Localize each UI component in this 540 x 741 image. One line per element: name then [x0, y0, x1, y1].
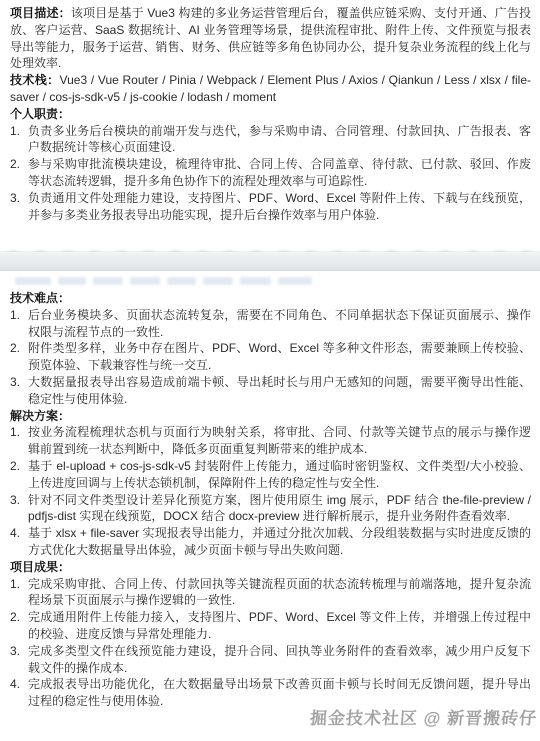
section-heading-tech-difficulties: 技术难点：	[10, 290, 531, 307]
list-item: 2. 参与采购审批流模块建设，梳理待审批、合同上传、合同盖章、待付款、已付款、驳…	[10, 156, 531, 190]
project-description-label: 项目描述：	[10, 6, 71, 20]
list-item: 3. 完成多类型文件在线预览能力建设，提升合同、回执等业务附件的查看效率，减少用…	[10, 643, 531, 677]
item-number: 1.	[10, 576, 28, 593]
list-item: 2. 附件类型多样，业务中存在图片、PDF、Word、Excel 等多种文件形态…	[10, 340, 531, 374]
tech-stack-text: Vue3 / Vue Router / Pinia / Webpack / El…	[10, 73, 531, 104]
list-item: 3. 大数据量报表导出容易造成前端卡顿、导出耗时长与用户无感知的问题，需要平衡导…	[10, 374, 531, 408]
item-number: 2.	[10, 156, 28, 173]
faded-tags-row	[15, 277, 531, 286]
item-number: 1.	[10, 307, 28, 324]
document-page-1: 项目描述：该项目是基于 Vue3 构建的多业务运营管理后台，覆盖供应链采购、支付…	[0, 0, 540, 251]
item-number: 3.	[10, 374, 28, 391]
item-number: 1.	[10, 424, 28, 441]
section-heading-project-results: 项目成果：	[10, 559, 531, 576]
item-text: 附件类型多样，业务中存在图片、PDF、Word、Excel 等多种文件形态，需要…	[28, 340, 531, 374]
item-text: 基于 xlsx + file-saver 实现报表导出能力，并通过分批次加载、分…	[28, 525, 531, 559]
item-text: 完成通用附件上传能力接入，支持图片、PDF、Word、Excel 等文件上传，并…	[28, 609, 531, 643]
item-number: 1.	[10, 123, 28, 140]
item-number: 3.	[10, 190, 28, 207]
item-text: 完成报表导出功能优化，在大数据量导出场景下改善页面卡顿与长时间无反馈问题，提升导…	[28, 676, 531, 710]
item-text: 参与采购审批流模块建设，梳理待审批、合同上传、合同盖章、待付款、已付款、驳回、作…	[28, 156, 531, 190]
item-text: 基于 el-upload + cos-js-sdk-v5 封装附件上传能力，通过…	[28, 458, 531, 492]
list-item: 2. 完成通用附件上传能力接入，支持图片、PDF、Word、Excel 等文件上…	[10, 609, 531, 643]
resume-document: 项目描述：该项目是基于 Vue3 构建的多业务运营管理后台，覆盖供应链采购、支付…	[0, 0, 540, 741]
page-break-separator	[0, 251, 540, 271]
list-item: 4. 完成报表导出功能优化，在大数据量导出场景下改善页面卡顿与长时间无反馈问题，…	[10, 676, 531, 710]
list-item: 3. 负责通用文件处理能力建设，支持图片、PDF、Word、Excel 等附件上…	[10, 190, 531, 224]
list-item: 1. 负责多业务后台模块的前端开发与迭代，参与采购申请、合同管理、付款回执、广告…	[10, 123, 531, 157]
list-item: 4. 基于 xlsx + file-saver 实现报表导出能力，并通过分批次加…	[10, 525, 531, 559]
item-number: 4.	[10, 525, 28, 542]
list-item: 3. 针对不同文件类型设计差异化预览方案，图片使用原生 img 展示，PDF 结…	[10, 492, 531, 526]
list-item: 1. 完成采购审批、合同上传、付款回执等关键流程页面的状态流转梳理与前端落地，提…	[10, 576, 531, 610]
document-page-2: 技术难点： 1. 后台业务模块多、页面状态流转复杂，需要在不同角色、不同单据状态…	[0, 271, 540, 740]
item-text: 完成采购审批、合同上传、付款回执等关键流程页面的状态流转梳理与前端落地，提升复杂…	[28, 576, 531, 610]
item-text: 按业务流程梳理状态机与页面行为映射关系，将审批、合同、付款等关键节点的展示与操作…	[28, 424, 531, 458]
list-item: 2. 基于 el-upload + cos-js-sdk-v5 封装附件上传能力…	[10, 458, 531, 492]
page-edge-decoration	[0, 247, 540, 252]
item-text: 后台业务模块多、页面状态流转复杂，需要在不同角色、不同单据状态下保证页面展示、操…	[28, 307, 531, 341]
item-text: 大数据量报表导出容易造成前端卡顿、导出耗时长与用户无感知的问题，需要平衡导出性能…	[28, 374, 531, 408]
project-description-paragraph: 项目描述：该项目是基于 Vue3 构建的多业务运营管理后台，覆盖供应链采购、支付…	[10, 5, 531, 72]
section-heading-personal-duties: 个人职责：	[10, 106, 531, 123]
item-text: 针对不同文件类型设计差异化预览方案，图片使用原生 img 展示，PDF 结合 t…	[28, 492, 531, 526]
tech-stack-label: 技术栈：	[10, 73, 60, 87]
item-number: 4.	[10, 676, 28, 693]
item-number: 3.	[10, 492, 28, 509]
watermark: 掘金技术社区 @ 新晋搬砖仔	[309, 711, 537, 728]
item-number: 3.	[10, 643, 28, 660]
tech-stack-paragraph: 技术栈：Vue3 / Vue Router / Pinia / Webpack …	[10, 72, 531, 106]
list-item: 1. 后台业务模块多、页面状态流转复杂，需要在不同角色、不同单据状态下保证页面展…	[10, 307, 531, 341]
item-number: 2.	[10, 458, 28, 475]
project-description-text: 该项目是基于 Vue3 构建的多业务运营管理后台，覆盖供应链采购、支付开通、广告…	[10, 6, 531, 70]
section-heading-solutions: 解决方案：	[10, 408, 531, 425]
item-number: 2.	[10, 609, 28, 626]
list-item: 1. 按业务流程梳理状态机与页面行为映射关系，将审批、合同、付款等关键节点的展示…	[10, 424, 531, 458]
item-text: 负责多业务后台模块的前端开发与迭代，参与采购申请、合同管理、付款回执、广告报表、…	[28, 123, 531, 157]
item-text: 负责通用文件处理能力建设，支持图片、PDF、Word、Excel 等附件上传、下…	[28, 190, 531, 224]
item-number: 2.	[10, 340, 28, 357]
item-text: 完成多类型文件在线预览能力建设，提升合同、回执等业务附件的查看效率，减少用户反复…	[28, 643, 531, 677]
